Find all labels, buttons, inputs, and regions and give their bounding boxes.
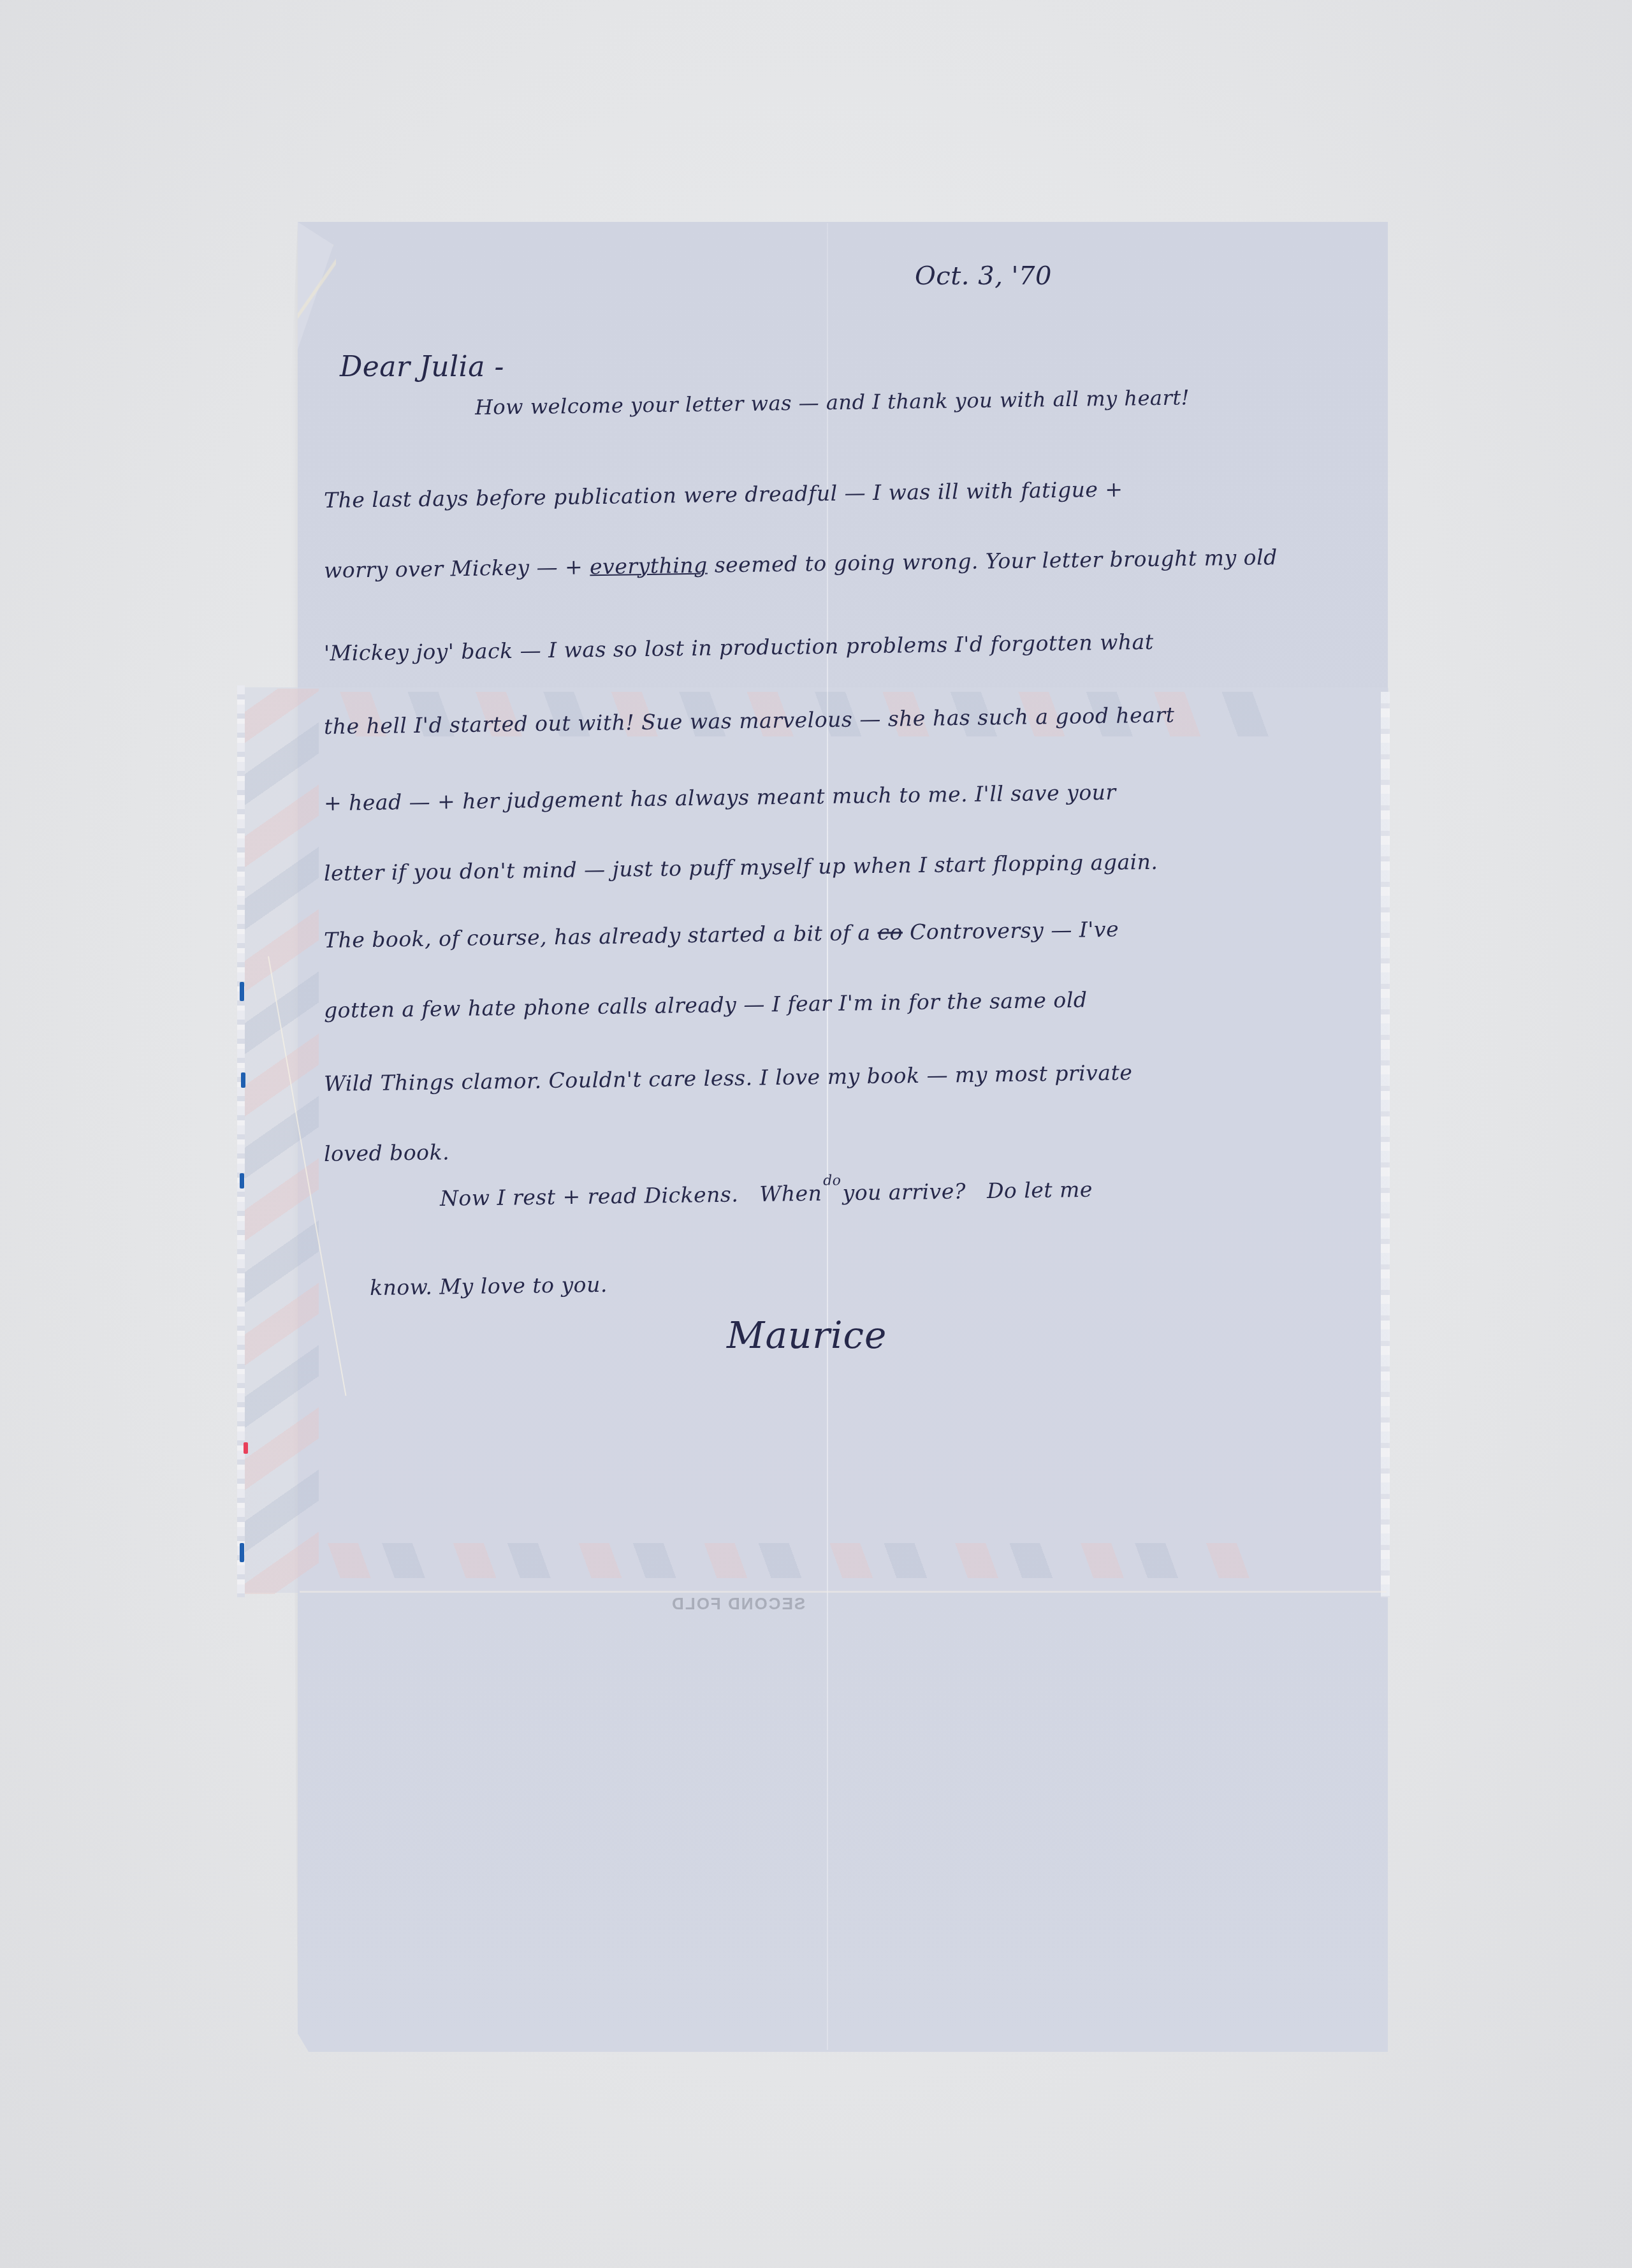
airmail-red-mark [244,1442,248,1454]
underlined-word: everything [590,553,708,580]
fold-crease-horizontal [300,1591,1387,1593]
torn-edge-right [1381,692,1390,1597]
line-text: worry over Mickey — + [324,554,590,583]
airmail-blue-mark [240,982,244,1001]
airmail-blue-mark [240,1543,244,1562]
struck-word: co [877,919,903,945]
airmail-stripes-bottom [300,1543,1256,1578]
folded-corner-edge [298,222,336,356]
inserted-word: do [823,1173,841,1189]
airmail-blue-mark [240,1173,244,1189]
letter-signature: Maurice [727,1313,887,1357]
letter-date: Oct. 3, '70 [915,261,1052,291]
line-text: you arrive? Do let me [842,1177,1093,1205]
airmail-blue-mark [241,1072,245,1088]
torn-edge-left [237,685,245,1597]
letter-line: know. My love to you. [370,1272,608,1300]
letter-salutation: Dear Julia - [340,351,504,383]
airmail-stripes-left [242,689,319,1594]
letter-line: loved book. [324,1139,450,1166]
line-text: Controversy — I've [903,917,1119,945]
show-through-print: SECOND FOLD [671,1594,805,1614]
